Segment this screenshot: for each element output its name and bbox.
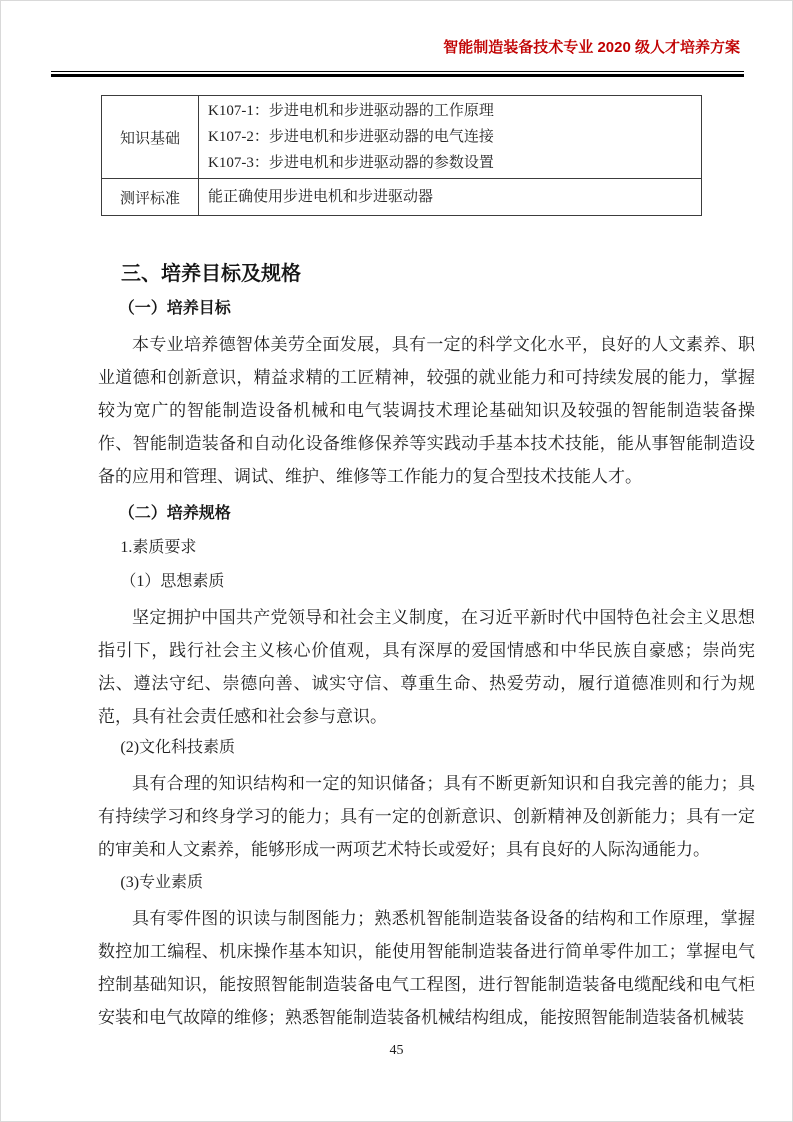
knowledge-line-3: K107-3：步进电机和步进驱动器的参数设置 — [208, 150, 695, 176]
paragraph-objectives: 本专业培养德智体美劳全面发展，具有一定的科学文化水平，良好的人文素养、职业道德和… — [98, 328, 755, 493]
subsection-heading-specs: （二）培养规格 — [98, 501, 755, 527]
standard-row-label: 测评标准 — [102, 179, 199, 216]
standard-line-1: 能正确使用步进电机和步进驱动器 — [208, 186, 695, 208]
document-page: 智能制造装备技术专业 2020 级人才培养方案 知识基础 K107-1：步进电机… — [0, 0, 793, 1122]
paragraph-culture: 具有合理的知识结构和一定的知识储备；具有不断更新知识和自我完善的能力；具有持续学… — [98, 767, 755, 866]
table-row-knowledge: 知识基础 K107-1：步进电机和步进驱动器的工作原理 K107-2：步进电机和… — [102, 96, 702, 179]
document-header-title: 智能制造装备技术专业 2020 级人才培养方案 — [51, 37, 740, 59]
paragraph-ideology: 坚定拥护中国共产党领导和社会主义制度，在习近平新时代中国特色社会主义思想指引下，… — [98, 601, 755, 733]
knowledge-line-1: K107-1：步进电机和步进驱动器的工作原理 — [208, 98, 695, 124]
paragraph-professional: 具有零件图的识读与制图能力；熟悉机智能制造装备设备的结构和工作原理，掌握数控加工… — [98, 902, 755, 1034]
table-row-standard: 测评标准 能正确使用步进电机和步进驱动器 — [102, 179, 702, 216]
knowledge-line-2: K107-2：步进电机和步进驱动器的电气连接 — [208, 124, 695, 150]
professional-quality-label: (3)专业素质 — [98, 870, 755, 896]
standard-row-content: 能正确使用步进电机和步进驱动器 — [199, 179, 702, 216]
assessment-table: 知识基础 K107-1：步进电机和步进驱动器的工作原理 K107-2：步进电机和… — [101, 95, 702, 216]
knowledge-row-label: 知识基础 — [102, 96, 199, 179]
ideology-quality-label: （1）思想素质 — [98, 569, 755, 595]
page-number: 45 — [1, 1043, 792, 1059]
section-heading: 三、培养目标及规格 — [98, 260, 755, 288]
document-body: 三、培养目标及规格 （一）培养目标 本专业培养德智体美劳全面发展，具有一定的科学… — [98, 260, 755, 1034]
subsection-heading-objectives: （一）培养目标 — [98, 296, 755, 322]
header-double-rule — [51, 71, 744, 77]
knowledge-row-content: K107-1：步进电机和步进驱动器的工作原理 K107-2：步进电机和步进驱动器… — [199, 96, 702, 179]
quality-requirements-label: 1.素质要求 — [98, 535, 755, 561]
culture-quality-label: (2)文化科技素质 — [98, 735, 755, 761]
